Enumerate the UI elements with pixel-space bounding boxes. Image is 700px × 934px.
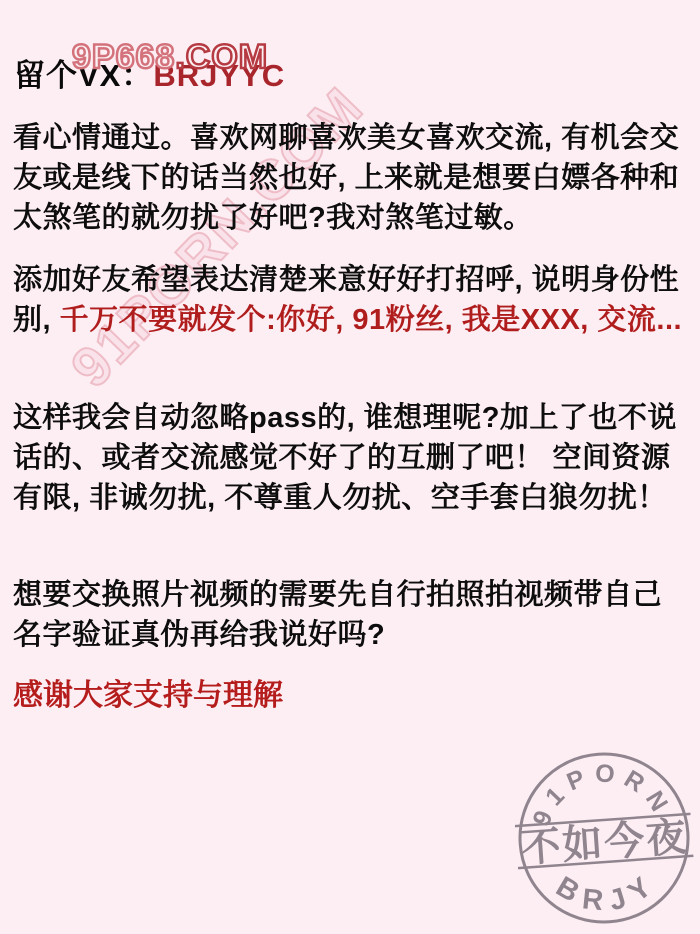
paragraph-mood: 看心情通过。喜欢网聊喜欢美女喜欢交流, 有机会交友或是线下的话当然也好, 上来就…	[13, 118, 687, 238]
notice-page: 91PORN.COM 9P668.COM 留个VX：BRJYYC 看心情通过。喜…	[0, 0, 700, 934]
top-watermark-part1: 9P668	[72, 38, 175, 76]
thanks-note: 感谢大家支持与理解	[13, 676, 687, 716]
paragraph-greeting-red: 千万不要就发个:你好, 91粉丝, 我是XXX, 交流...	[60, 304, 682, 336]
top-watermark-part2: .COM	[175, 38, 268, 76]
paragraph-ignore: 这样我会自动忽略pass的, 谁想理呢?加上了也不说话的、或者交流感觉不好了的互…	[13, 398, 687, 518]
paragraph-exchange: 想要交换照片视频的需要先自行拍照拍视频带自己名字验证真伪再给我说好吗?	[13, 575, 687, 655]
top-watermark: 9P668.COM	[72, 38, 268, 77]
paragraph-greeting: 添加好友希望表达清楚来意好好打招呼, 说明身份性别, 千万不要就发个:你好, 9…	[13, 260, 687, 340]
stamp-seal: 91PORN 不如今夜 BRJY	[510, 744, 698, 932]
